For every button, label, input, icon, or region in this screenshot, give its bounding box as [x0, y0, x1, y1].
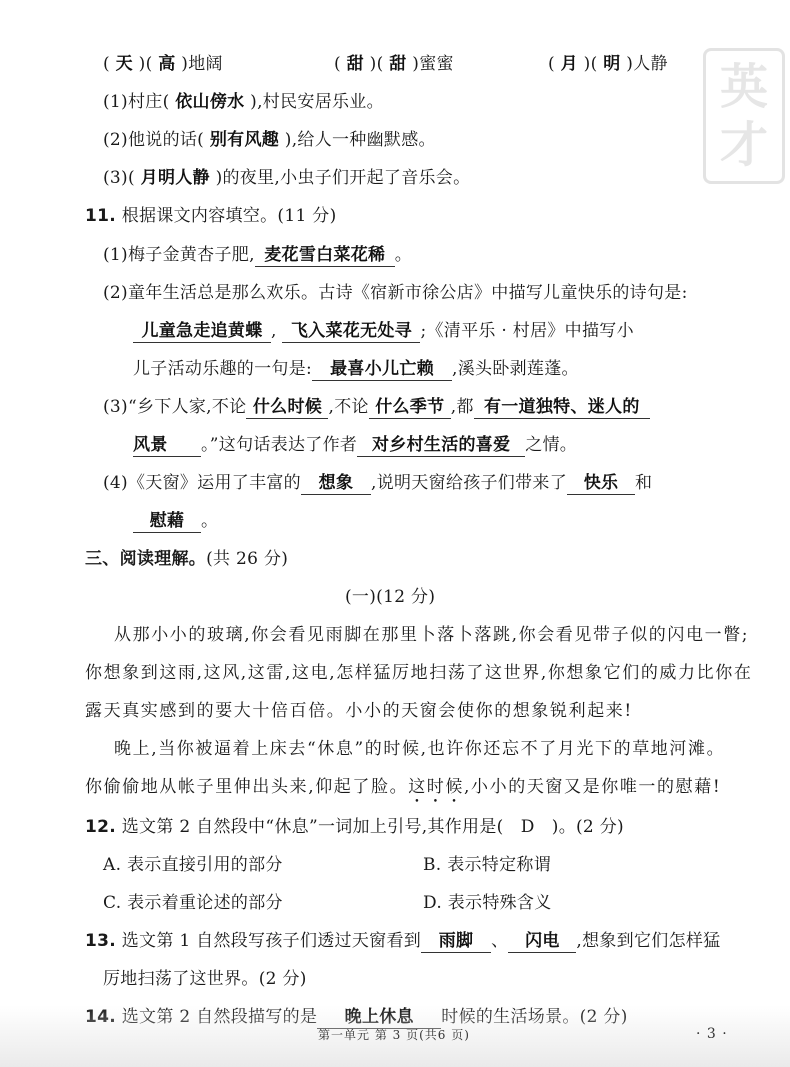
answer-blank: 对乡村生活的喜爱	[357, 434, 525, 457]
answer-blank: 闪电	[508, 930, 576, 953]
q12: 12. 选文第 2 自然段中“休息”一词加上引号,其作用是( D )。(2 分)	[85, 815, 624, 839]
answer-blank: 什么季节	[369, 396, 451, 419]
section-3-heading: 三、阅读理解。(共 26 分)	[85, 547, 288, 571]
answer: 别有风趣	[210, 130, 279, 150]
q11-item-4-line2: 慰藉。	[133, 509, 218, 533]
answer-blank: 什么时候	[246, 396, 328, 419]
emphasized-text: 这时候	[408, 777, 464, 797]
answer-blank: 慰藉	[133, 510, 201, 533]
idiom-1: ( 天 )( 高 )地阔	[103, 54, 223, 74]
text: )的夜里,小虫子们开起了音乐会。	[216, 168, 471, 188]
text: (2)童年生活总是那么欢乐。古诗《宿新市徐公店》中描写儿童快乐的诗句是:	[103, 283, 688, 303]
watermark-char: 才	[720, 116, 768, 174]
q11-item-1: (1)梅子金黄杏子肥,麦花雪白菜花稀。	[103, 243, 412, 267]
q11-title: 11. 根据课文内容填空。(11 分)	[85, 204, 337, 228]
text: 。	[395, 245, 412, 265]
q11-item-2-line2: 儿童急走追黄蝶, 飞入菜花无处寻;《清平乐 · 村居》中描写小	[133, 319, 634, 343]
q11-item-2-line3: 儿子活动乐趣的一句是:最喜小儿亡赖,溪头卧剥莲蓬。	[133, 357, 579, 381]
idiom-suffix: 人静	[633, 54, 668, 74]
text: (1)村庄(	[103, 92, 170, 112]
q12-option-a: A. 表示直接引用的部分	[103, 853, 283, 877]
passage-line-last: 你偷偷地从帐子里伸出头来,仰起了脸。这时候,小小的天窗又是你唯一的慰藉!	[85, 775, 721, 807]
text: ,小小的天窗又是你唯一的慰藉!	[464, 777, 721, 797]
text: 、	[491, 931, 508, 951]
idiom-2: ( 甜 )( 甜 )蜜蜜	[334, 52, 454, 76]
q12-option-c: C. 表示着重论述的部分	[103, 891, 283, 915]
section-score: (共 26 分)	[206, 549, 288, 569]
answer: 月明人静	[141, 168, 210, 188]
answer: 高	[158, 54, 175, 74]
text: (2)他说的话(	[103, 130, 204, 150]
answer-blank: 最喜小儿亡赖	[312, 358, 452, 381]
q10-sentence-1: (1)村庄( 依山傍水 ),村民安居乐业。	[103, 90, 384, 114]
section-title: 三、阅读理解。	[85, 549, 206, 569]
answer: 甜	[347, 54, 364, 74]
footer-page-number: · 3 ·	[696, 1026, 728, 1042]
watermark-stamp: 英 才	[703, 48, 785, 184]
q13-line1: 13. 选文第 1 自然段写孩子们透过天窗看到雨脚、闪电,想象到它们怎样猛	[85, 929, 720, 953]
q12-option-b: B. 表示特定称谓	[423, 853, 551, 877]
q11-item-2-line1: (2)童年生活总是那么欢乐。古诗《宿新市徐公店》中描写儿童快乐的诗句是:	[103, 281, 688, 305]
question-text: ,想象到它们怎样猛	[576, 931, 720, 951]
question-number: 12.	[85, 817, 116, 837]
answer: 月	[561, 54, 578, 74]
answer: 明	[603, 54, 620, 74]
text: 儿子活动乐趣的一句是:	[133, 359, 312, 379]
question-number: 11.	[85, 206, 116, 226]
answer: 天	[116, 54, 133, 74]
q13-line2: 厉地扫荡了这世界。(2 分)	[103, 967, 307, 991]
passage-line: 你想象到这雨,这风,这雷,这电,怎样猛厉地扫荡了这世界,你想象它们的威力比你在	[85, 661, 752, 685]
q12-option-d: D. 表示特殊含义	[423, 891, 552, 915]
text: 。	[201, 511, 218, 531]
text: ,都	[451, 397, 474, 417]
passage-line: 从那小小的玻璃,你会看见雨脚在那里卜落卜落跳,你会看见带子似的闪电一瞥;	[114, 623, 749, 647]
question-text: 选文第 2 自然段中“休息”一词加上引号,其作用是(	[122, 817, 504, 837]
text: (3)(	[103, 168, 135, 188]
answer-blank: 想象	[301, 472, 371, 495]
answer: D	[521, 817, 535, 837]
text: (4)《天窗》运用了丰富的	[103, 473, 301, 493]
text: 你偷偷地从帐子里伸出头来,仰起了脸。	[85, 777, 408, 797]
answer-blank: 快乐	[567, 472, 635, 495]
q10-sentence-2: (2)他说的话( 别有风趣 ),给人一种幽默感。	[103, 128, 436, 152]
question-text: 选文第 1 自然段写孩子们透过天窗看到	[122, 931, 421, 951]
question-text: )。(2 分)	[552, 817, 624, 837]
passage-line: 晚上,当你被逼着上床去“休息”的时候,也许你还忘不了月光下的草地河滩。	[114, 737, 725, 761]
part-title: (一)(12 分)	[345, 585, 435, 609]
answer: 甜	[389, 54, 406, 74]
q11-item-3-line2: 风景。”这句话表达了作者对乡村生活的喜爱之情。	[133, 433, 577, 457]
idiom-suffix: 地阔	[188, 54, 223, 74]
watermark-char: 英	[720, 58, 768, 116]
answer: 依山傍水	[175, 92, 244, 112]
text: ,说明天窗给孩子们带来了	[371, 473, 567, 493]
idiom-row: ( 天 )( 高 )地阔	[103, 52, 223, 76]
text: (3)“乡下人家,不论	[103, 397, 246, 417]
text: (1)梅子金黄杏子肥,	[103, 245, 255, 265]
footer-page-info: 第一单元 第 3 页(共6 页)	[318, 1026, 470, 1043]
answer-blank: 风景	[133, 434, 201, 457]
q11-item-3-line1: (3)“乡下人家,不论什么时候,不论什么季节,都有一道独特、迷人的	[103, 395, 650, 419]
text: ),给人一种幽默感。	[285, 130, 436, 150]
text: ,溪头卧剥莲蓬。	[452, 359, 579, 379]
answer-blank: 有一道独特、迷人的	[474, 396, 650, 419]
text: 和	[635, 473, 652, 493]
text: (一)(12 分)	[345, 587, 435, 607]
answer-blank: 雨脚	[421, 930, 491, 953]
text: 这时候	[408, 777, 464, 797]
idiom-3: ( 月 )( 明 )人静	[548, 52, 668, 76]
exam-page: 英 才 ( 天 )( 高 )地阔 ( 甜 )( 甜 )蜜蜜 ( 月 )( 明 )…	[0, 0, 790, 1067]
text: 。”这句话表达了作者	[201, 435, 357, 455]
passage-line: 露天真实感到的要大十倍百倍。小小的天窗会使你的想象锐利起来!	[85, 699, 633, 723]
idiom-suffix: 蜜蜜	[419, 54, 454, 74]
question-number: 13.	[85, 931, 116, 951]
q10-sentence-3: (3)( 月明人静 )的夜里,小虫子们开起了音乐会。	[103, 166, 470, 190]
answer-blank: 飞入菜花无处寻	[282, 320, 420, 343]
text: 之情。	[525, 435, 577, 455]
text: ),村民安居乐业。	[250, 92, 384, 112]
q11-item-4-line1: (4)《天窗》运用了丰富的想象,说明天窗给孩子们带来了快乐和	[103, 471, 652, 495]
text: ,不论	[328, 397, 368, 417]
answer-blank: 麦花雪白菜花稀	[255, 244, 395, 267]
question-text: 根据课文内容填空。(11 分)	[122, 206, 337, 226]
answer-blank: 儿童急走追黄蝶	[133, 320, 271, 343]
text: ,	[271, 321, 277, 341]
text: ;《清平乐 · 村居》中描写小	[420, 321, 633, 341]
